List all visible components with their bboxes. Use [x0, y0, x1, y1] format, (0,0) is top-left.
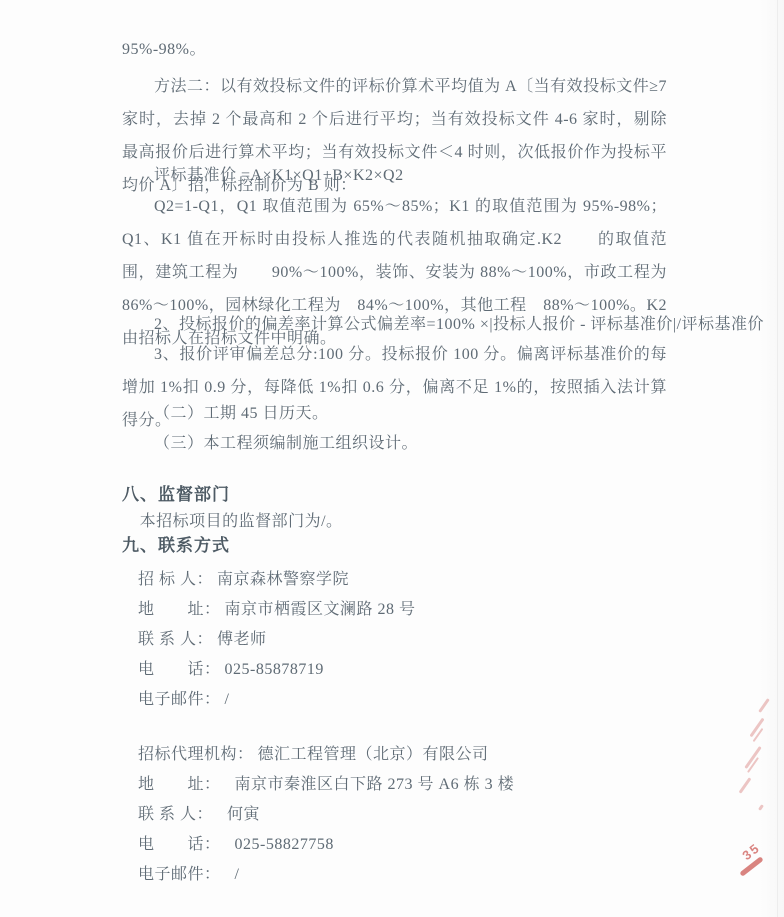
stamp-mark: [739, 777, 752, 793]
contact-value: /: [235, 866, 240, 883]
deviation-rate-formula: 2、投标报价的偏差率计算公式偏差率=100% ×|投标人报价 - 评标基准价|/…: [122, 315, 667, 335]
contact-value: 德汇工程管理（北京）有限公司: [258, 746, 489, 763]
contact-label: 地 址：: [138, 601, 221, 618]
contact-value: 南京森林警察学院: [217, 571, 349, 588]
contact-label: 招 标 人：: [138, 571, 213, 588]
contact-label: 地 址：: [138, 776, 221, 793]
contact-row-tenderer-name: 招 标 人：南京森林警察学院: [138, 565, 678, 595]
contact-label: 电子邮件：: [138, 691, 221, 708]
contact-value: 何寅: [227, 806, 260, 823]
contact-label: 联 系 人：: [138, 631, 213, 648]
contact-row-agency-name: 招标代理机构：德汇工程管理（北京）有限公司: [138, 740, 678, 770]
benchmark-price-formula: 评标基准价 =A×K1×Q1+B×K2×Q2: [122, 166, 667, 186]
construction-design-line: （三）本工程须编制施工组织设计。: [122, 434, 667, 454]
section-heading-contact: 九、联系方式: [122, 535, 667, 557]
contact-label: 电子邮件：: [138, 866, 221, 883]
contact-label: 电 话：: [138, 836, 221, 853]
project-duration-line: （二）工期 45 日历天。: [122, 404, 667, 424]
stamp-mark: [758, 804, 764, 811]
percent-range-line: 95%-98%。: [122, 40, 667, 60]
contact-value: 南京市栖霞区文澜路 28 号: [225, 601, 416, 618]
contact-value: 025-85878719: [225, 661, 324, 678]
contact-label: 电 话：: [138, 661, 221, 678]
contact-row-agency-person: 联 系 人：何寅: [138, 800, 678, 830]
contact-value: 南京市秦淮区白下路 273 号 A6 栋 3 楼: [235, 776, 515, 793]
contact-row-agency-phone: 电 话：025-58827758: [138, 830, 678, 860]
supervision-body-line: 本招标项目的监督部门为/。: [122, 512, 667, 532]
contact-value: /: [225, 691, 230, 708]
contact-label: 招标代理机构：: [138, 746, 254, 763]
contact-label: 联 系 人：: [138, 806, 213, 823]
contact-row-agency-address: 地 址：南京市秦淮区白下路 273 号 A6 栋 3 楼: [138, 770, 678, 800]
tenderer-contact-block: 招 标 人：南京森林警察学院 地 址：南京市栖霞区文澜路 28 号 联 系 人：…: [138, 565, 678, 715]
scanned-document-page: 95%-98%。 方法二：以有效投标文件的评标价算术平均值为 A〔当有效投标文件…: [0, 0, 784, 917]
contact-row-tenderer-person: 联 系 人：傅老师: [138, 625, 678, 655]
contact-value: 025-58827758: [235, 836, 334, 853]
agency-contact-block: 招标代理机构：德汇工程管理（北京）有限公司 地 址：南京市秦淮区白下路 273 …: [138, 740, 678, 890]
scan-edge-line: [777, 0, 778, 917]
contact-row-tenderer-phone: 电 话：025-85878719: [138, 655, 678, 685]
contact-row-tenderer-email: 电子邮件：/: [138, 685, 678, 715]
stamp-mark: [758, 698, 770, 713]
section-heading-supervision: 八、监督部门: [122, 484, 667, 506]
contact-row-agency-email: 电子邮件：/: [138, 860, 678, 890]
contact-row-tenderer-address: 地 址：南京市栖霞区文澜路 28 号: [138, 595, 678, 625]
red-stamp-fragment-icon: [726, 696, 784, 826]
contact-value: 傅老师: [217, 631, 267, 648]
